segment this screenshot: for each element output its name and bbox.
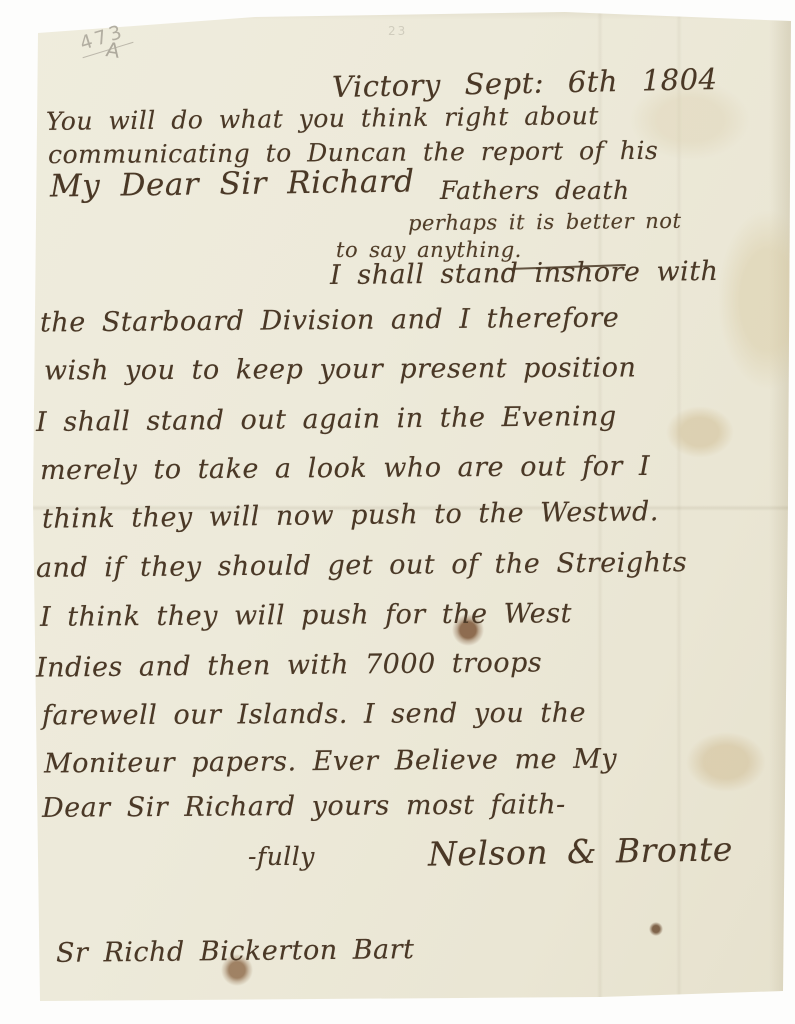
letter-line: Fathers death: [440, 176, 630, 205]
signature: Nelson & Bronte: [428, 829, 733, 873]
address-line: Sr Richd Bickerton Bart: [56, 934, 415, 969]
salutation: My Dear Sir Richard: [50, 163, 415, 204]
letter-line: the Starboard Division and I therefore: [40, 302, 620, 338]
letter-photograph: 473 A 23 Victory Sept: 6th 1804 You will…: [0, 0, 795, 1024]
letter-line: Moniteur papers. Ever Believe me My: [44, 744, 617, 780]
letter-line: Dear Sir Richard yours most faith-: [42, 789, 566, 824]
closing-fragment: -fully: [248, 842, 315, 871]
letter-line: merely to take a look who are out for I: [40, 451, 650, 486]
letter-line: You will do what you think right about: [46, 101, 599, 136]
faint-pencil-mark: 23: [388, 24, 407, 38]
letter-line: Indies and then with 7000 troops: [36, 647, 543, 683]
letter-line: farewell our Islands. I send you the: [42, 698, 586, 732]
letter-line: I shall stand out again in the Evening: [36, 401, 617, 438]
letter-line: perhaps it is better not: [408, 209, 682, 235]
pencil-mark-a: A: [104, 37, 121, 63]
letter-line: and if they should get out of the Streig…: [36, 547, 687, 584]
letter-line: I think they will push for the West: [40, 598, 572, 633]
letter-line: I shall stand inshore with: [330, 256, 719, 291]
letter-line: wish you to keep your present position: [44, 352, 636, 386]
